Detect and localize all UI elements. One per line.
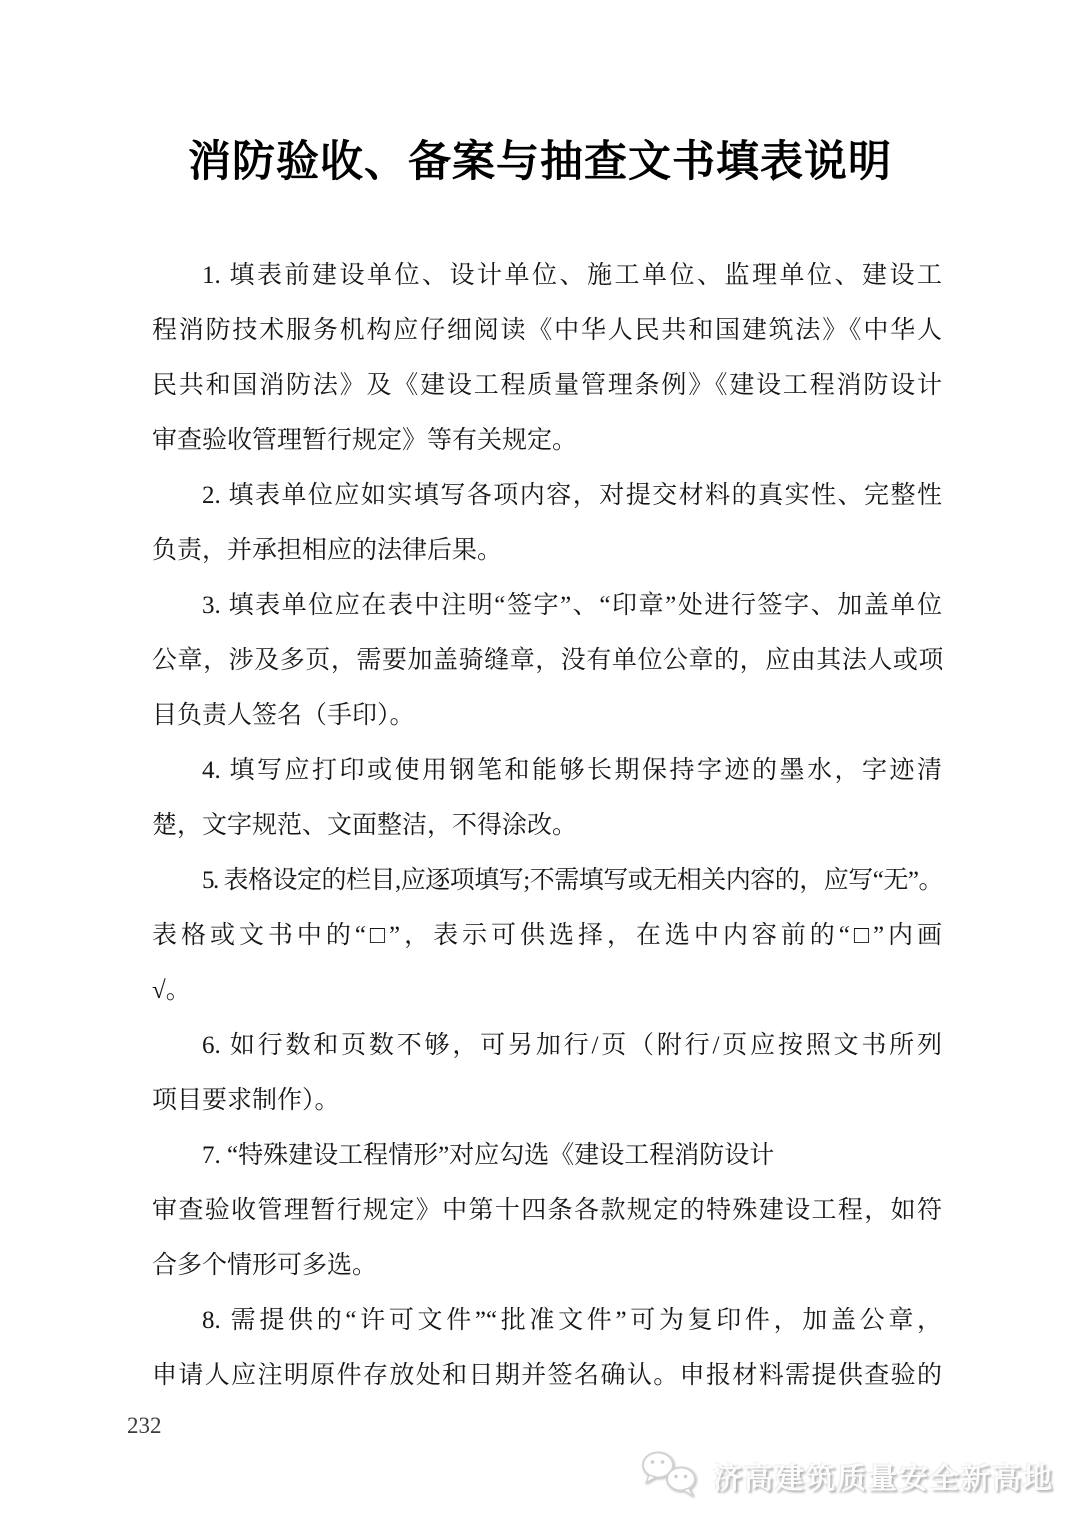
watermark: 济高建筑质量安全新高地 — [639, 1450, 1054, 1502]
document-page: 消防验收、备案与抽查文书填表说明 1. 填表前建设单位、设计单位、施工单位、监理… — [0, 0, 1080, 1527]
page-title: 消防验收、备案与抽查文书填表说明 — [0, 128, 1080, 189]
text-line: √。 — [152, 963, 942, 1018]
text-line: 审查验收管理暂行规定》中第十四条各款规定的特殊建设工程，如符 — [152, 1183, 942, 1238]
document-body: 1. 填表前建设单位、设计单位、施工单位、监理单位、建设工程消防技术服务机构应仔… — [152, 248, 942, 1403]
text-line: 负责，并承担相应的法律后果。 — [152, 523, 942, 578]
text-line: 公章，涉及多页，需要加盖骑缝章，没有单位公章的，应由其法人或项 — [152, 633, 942, 688]
text-line: 4. 填写应打印或使用钢笔和能够长期保持字迹的墨水，字迹清 — [152, 743, 942, 798]
text-line: 1. 填表前建设单位、设计单位、施工单位、监理单位、建设工 — [152, 248, 942, 303]
text-line: 7. “特殊建设工程情形”对应勾选《建设工程消防设计 — [152, 1128, 942, 1183]
page-number: 232 — [127, 1413, 162, 1439]
text-line: 表格或文书中的“□”，表示可供选择，在选中内容前的“□”内画 — [152, 908, 942, 963]
text-line: 合多个情形可多选。 — [152, 1238, 942, 1293]
text-line: 5. 表格设定的栏目,应逐项填写;不需填写或无相关内容的，应写“无”。 — [152, 853, 942, 908]
text-line: 目负责人签名（手印）。 — [152, 688, 942, 743]
wechat-icon — [639, 1450, 703, 1502]
text-line: 审查验收管理暂行规定》等有关规定。 — [152, 413, 942, 468]
text-line: 民共和国消防法》及《建设工程质量管理条例》《建设工程消防设计 — [152, 358, 942, 413]
text-line: 3. 填表单位应在表中注明“签字”、“印章”处进行签字、加盖单位 — [152, 578, 942, 633]
text-line: 项目要求制作）。 — [152, 1073, 942, 1128]
text-line: 程消防技术服务机构应仔细阅读《中华人民共和国建筑法》《中华人 — [152, 303, 942, 358]
text-line: 2. 填表单位应如实填写各项内容，对提交材料的真实性、完整性 — [152, 468, 942, 523]
text-line: 6. 如行数和页数不够，可另加行/页（附行/页应按照文书所列 — [152, 1018, 942, 1073]
watermark-text: 济高建筑质量安全新高地 — [713, 1456, 1054, 1497]
text-line: 8. 需提供的“许可文件”“批准文件”可为复印件，加盖公章， — [152, 1293, 942, 1348]
text-line: 申请人应注明原件存放处和日期并签名确认。申报材料需提供查验的 — [152, 1348, 942, 1403]
text-line: 楚，文字规范、文面整洁，不得涂改。 — [152, 798, 942, 853]
